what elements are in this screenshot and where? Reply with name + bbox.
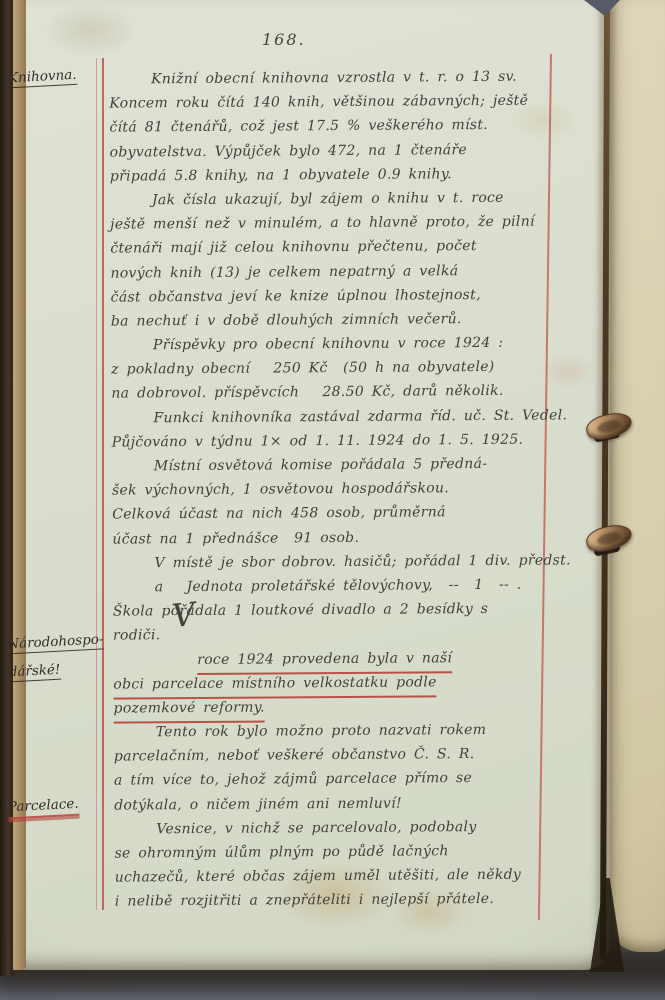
left-margin-rule-outer bbox=[96, 58, 97, 910]
handwritten-line: ba nechuť i v době dlouhých zimních veče… bbox=[111, 306, 563, 333]
handwritten-line: z pokladny obecní 250 Kč (50 h na obyvat… bbox=[111, 355, 563, 382]
margin-note-text: Parcelace. bbox=[8, 796, 80, 820]
chronicle-book-photo: 168. Knihovna. Národohospo- dářské! Parc… bbox=[0, 0, 665, 1000]
margin-note-text: Knihovna. bbox=[8, 67, 77, 89]
handwritten-line-text: obyvatelstva. Výpůjček bylo 472, na 1 čt… bbox=[110, 138, 468, 165]
next-page-edge bbox=[610, 0, 665, 952]
handwritten-line-text: a Jednota proletářské tělovýchovy, -- 1 … bbox=[155, 573, 522, 600]
handwritten-line: V místě je sbor dobrov. hasičů; pořádal … bbox=[112, 548, 564, 575]
handwritten-line: se ohromným úlům plným po půdě lačných bbox=[114, 838, 566, 865]
handwritten-line: Jak čísla ukazují, byl zájem o knihu v t… bbox=[110, 185, 562, 212]
handwritten-line: Příspěvky pro obecní knihovnu v roce 192… bbox=[111, 330, 563, 357]
handwritten-line-text: i nelibě rozjitřiti a znepřáteliti i nej… bbox=[115, 887, 494, 914]
handwritten-line-text: Tento rok bylo možno proto nazvati rokem bbox=[156, 718, 487, 745]
handwritten-line-text: rodiči. bbox=[113, 624, 161, 649]
handwritten-line: šek výchovných, 1 osvětovou hospodářskou… bbox=[112, 476, 564, 503]
handwritten-line: Koncem roku čítá 140 knih, většinou zába… bbox=[109, 89, 561, 116]
handwritten-line-text: účast na 1 přednášce 91 osob. bbox=[112, 525, 359, 551]
handwritten-line: připadá 5.8 knihy, na 1 obyvatele 0.9 kn… bbox=[110, 161, 562, 188]
handwritten-line: nových knih (13) je celkem nepatrný a ve… bbox=[110, 258, 562, 285]
handwritten-line: čtenáři mají již celou knihovnu přečtenu… bbox=[110, 234, 562, 261]
handwritten-line-text: obci parcelace místního velkostatku podl… bbox=[113, 670, 437, 699]
handwritten-line-text: parcelačním, neboť veškeré občanstvo Č. … bbox=[114, 742, 475, 769]
handwritten-line-text: Vesnice, v nichž se parcelovalo, podobal… bbox=[156, 815, 476, 841]
book-cover-edge bbox=[0, 0, 13, 976]
handwritten-line-text: nových knih (13) je celkem nepatrný a ve… bbox=[110, 259, 458, 286]
page-number: 168. bbox=[262, 30, 306, 49]
handwritten-line-text: na dobrovol. příspěvcích 28.50 Kč, darů … bbox=[111, 379, 503, 406]
handwritten-line: a tím více to, jehož zájmů parcelace pří… bbox=[114, 766, 566, 793]
handwritten-line: Funkci knihovníka zastával zdarma říd. u… bbox=[111, 403, 563, 430]
handwritten-line: účast na 1 přednášce 91 osob. bbox=[112, 524, 564, 551]
handwritten-line-text: čítá 81 čtenářů, což jest 17.5 % veškeré… bbox=[109, 113, 488, 140]
handwritten-line-text: Funkci knihovníka zastával zdarma říd. u… bbox=[153, 403, 567, 430]
handwritten-line: ještě menší než v minulém, a to hlavně p… bbox=[110, 210, 562, 237]
handwritten-line-text: Knižní obecní knihovna vzrostla v t. r. … bbox=[151, 65, 517, 92]
handwritten-line-text: z pokladny obecní 250 Kč (50 h na obyvat… bbox=[111, 355, 495, 382]
left-margin-rule-inner bbox=[102, 58, 104, 910]
handwritten-line: uchazečů, které občas zájem uměl utěšiti… bbox=[115, 863, 567, 890]
margin-note-text: dářské! bbox=[8, 662, 61, 683]
handwritten-line: čítá 81 čtenářů, což jest 17.5 % veškeré… bbox=[109, 113, 561, 140]
margin-note-text: Národohospo- bbox=[7, 631, 104, 654]
handwritten-line: roce 1924 provedena byla v naší bbox=[113, 645, 565, 672]
handwritten-line-text: se ohromným úlům plným po půdě lačných bbox=[114, 839, 448, 866]
handwritten-line-text: Škola pořádala 1 loutkové divadlo a 2 be… bbox=[113, 597, 489, 624]
margin-note-narodohospodarske: Národohospo- dářské! bbox=[7, 632, 99, 683]
handwritten-line: obyvatelstva. Výpůjček bylo 472, na 1 čt… bbox=[110, 137, 562, 164]
handwritten-line: i nelibě rozjitřiti a znepřáteliti i nej… bbox=[115, 887, 567, 914]
handwritten-line-text: Příspěvky pro obecní knihovnu v roce 192… bbox=[153, 331, 504, 358]
handwritten-line: Tento rok bylo možno proto nazvati rokem bbox=[114, 717, 566, 744]
handwritten-line-text: připadá 5.8 knihy, na 1 obyvatele 0.9 kn… bbox=[110, 162, 452, 189]
handwritten-line-text: ba nechuť i v době dlouhých zimních veče… bbox=[111, 307, 462, 334]
handwritten-line: a Jednota proletářské tělovýchovy, -- 1 … bbox=[113, 572, 565, 599]
handwritten-line-text: dotýkala, o ničem jiném ani nemluví! bbox=[114, 791, 402, 817]
handwritten-line-text: Místní osvětová komise pořádala 5 předná… bbox=[154, 452, 488, 479]
handwritten-line: Půjčováno v týdnu 1× od 1. 11. 1924 do 1… bbox=[112, 427, 564, 454]
handwritten-line-text: šek výchovných, 1 osvětovou hospodářskou… bbox=[112, 476, 449, 503]
handwritten-line-text: Půjčováno v týdnu 1× od 1. 11. 1924 do 1… bbox=[112, 428, 524, 455]
handwritten-line-text: V místě je sbor dobrov. hasičů; pořádal … bbox=[154, 548, 570, 575]
handwritten-line-text: Celková účast na nich 458 osob, průměrná bbox=[112, 501, 446, 528]
handwritten-line: rodiči. bbox=[113, 621, 565, 648]
handwritten-line-text: Koncem roku čítá 140 knih, většinou zába… bbox=[109, 89, 528, 116]
handwritten-line: Místní osvětová komise pořádala 5 předná… bbox=[112, 451, 564, 478]
page-stack-edge bbox=[13, 0, 26, 970]
handwritten-line: na dobrovol. příspěvcích 28.50 Kč, darů … bbox=[111, 379, 563, 406]
handwritten-line: obci parcelace místního velkostatku podl… bbox=[113, 669, 565, 696]
handwritten-line-text: část občanstva jeví ke knize úplnou lhos… bbox=[111, 283, 481, 310]
handwritten-line-text: Jak čísla ukazují, byl zájem o knihu v t… bbox=[152, 186, 504, 213]
page-body-text: Knižní obecní knihovna vzrostla v t. r. … bbox=[109, 64, 567, 914]
handwritten-line: Škola pořádala 1 loutkové divadlo a 2 be… bbox=[113, 597, 565, 624]
handwritten-line: část občanstva jeví ke knize úplnou lhos… bbox=[111, 282, 563, 309]
handwritten-line: Knižní obecní knihovna vzrostla v t. r. … bbox=[109, 64, 561, 91]
handwritten-line-text: a tím více to, jehož zájmů parcelace pří… bbox=[114, 767, 472, 794]
handwritten-line: Celková účast na nich 458 osob, průměrná bbox=[112, 500, 564, 527]
handwritten-line: dotýkala, o ničem jiném ani nemluví! bbox=[114, 790, 566, 817]
handwritten-line-text: uchazečů, které občas zájem uměl utěšiti… bbox=[115, 863, 522, 890]
handwritten-line-text: ještě menší než v minulém, a to hlavně p… bbox=[110, 210, 535, 237]
handwritten-line: Vesnice, v nichž se parcelovalo, podobal… bbox=[114, 814, 566, 841]
handwritten-line: parcelačním, neboť veškeré občanstvo Č. … bbox=[114, 742, 566, 769]
handwritten-line-text: čtenáři mají již celou knihovnu přečtenu… bbox=[110, 234, 477, 261]
